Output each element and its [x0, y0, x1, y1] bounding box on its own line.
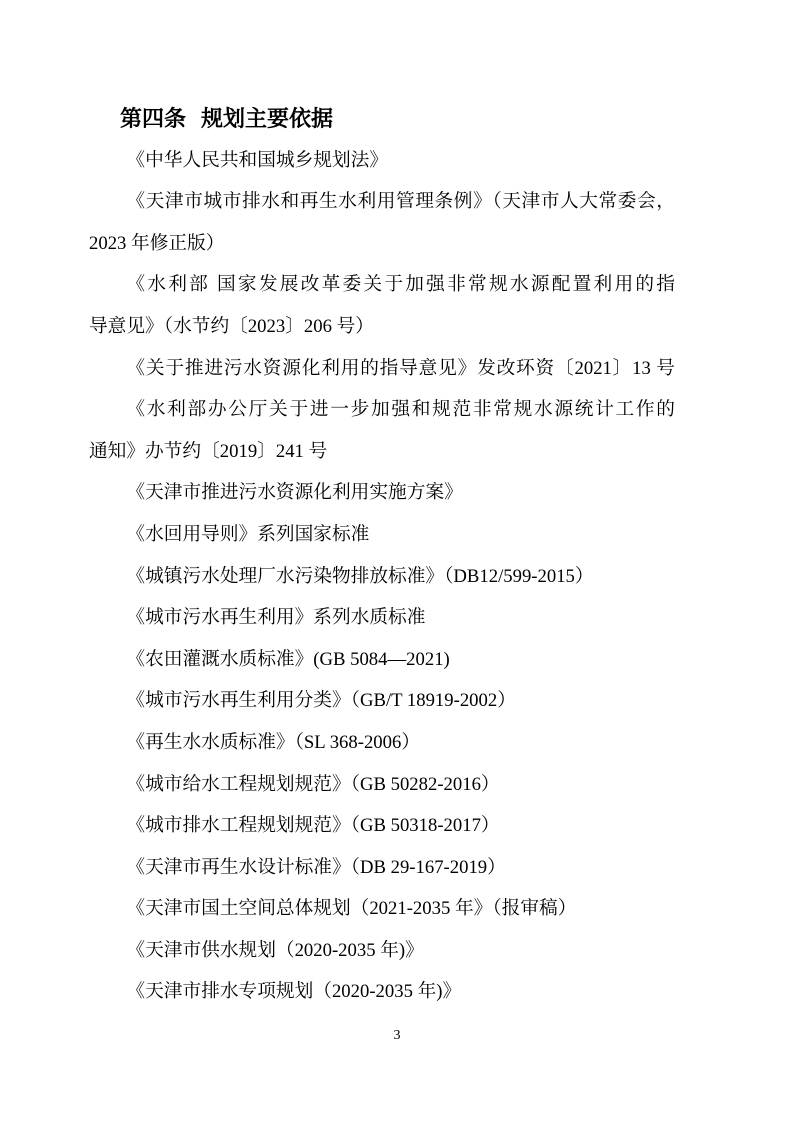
text-line: 《城市给水工程规划规范》（GB 50282-2016） [89, 764, 675, 806]
text-line: 《城市排水工程规划规范》（GB 50318-2017） [89, 805, 675, 847]
page-footer: 3 [0, 1022, 794, 1050]
lines: 《中华人民共和国城乡规划法》《天津市城市排水和再生水利用管理条例》（天津市人大常… [89, 140, 675, 1013]
text-line: 《天津市城市排水和再生水利用管理条例》（天津市人大常委会， [89, 181, 675, 223]
document-body: 第四条 规划主要依据 《中华人民共和国城乡规划法》《天津市城市排水和再生水利用管… [89, 98, 675, 1013]
text-line: 《天津市国土空间总体规划（2021-2035 年》（报审稿） [89, 888, 675, 930]
text-line: 通知》办节约〔2019〕241 号 [89, 431, 675, 473]
text-line: 《水利部 国家发展改革委关于加强非常规水源配置利用的指 [89, 264, 675, 306]
text-line: 《天津市推进污水资源化利用实施方案》 [89, 472, 675, 514]
text-line: 《城市污水再生利用》系列水质标准 [89, 597, 675, 639]
section-title: 规划主要依据 [201, 98, 333, 140]
text-line: 导意见》（水节约〔2023〕206 号） [89, 306, 675, 348]
text-line: 《水利部办公厅关于进一步加强和规范非常规水源统计工作的 [89, 389, 675, 431]
text-line: 《中华人民共和国城乡规划法》 [89, 140, 675, 182]
text-line: 《再生水水质标准》（SL 368-2006） [89, 722, 675, 764]
text-line: 《关于推进污水资源化利用的指导意见》发改环资〔2021〕13 号 [89, 348, 675, 390]
text-line: 《天津市再生水设计标准》（DB 29-167-2019） [89, 847, 675, 889]
text-line: 《水回用导则》系列国家标准 [89, 514, 675, 556]
text-line: 《天津市供水规划（2020-2035 年)》 [89, 930, 675, 972]
document-page: 第四条 规划主要依据 《中华人民共和国城乡规划法》《天津市城市排水和再生水利用管… [0, 0, 794, 1123]
page-number: 3 [394, 1028, 401, 1043]
text-line: 2023 年修正版） [89, 223, 675, 265]
section-number: 第四条 [120, 98, 186, 140]
text-line: 《城市污水再生利用分类》（GB/T 18919-2002） [89, 680, 675, 722]
text-line: 《农田灌溉水质标准》(GB 5084—2021) [89, 639, 675, 681]
section-heading: 第四条 规划主要依据 [89, 98, 675, 140]
text-line: 《天津市排水专项规划（2020-2035 年)》 [89, 971, 675, 1013]
text-line: 《城镇污水处理厂水污染物排放标准》（DB12/599-2015） [89, 556, 675, 598]
